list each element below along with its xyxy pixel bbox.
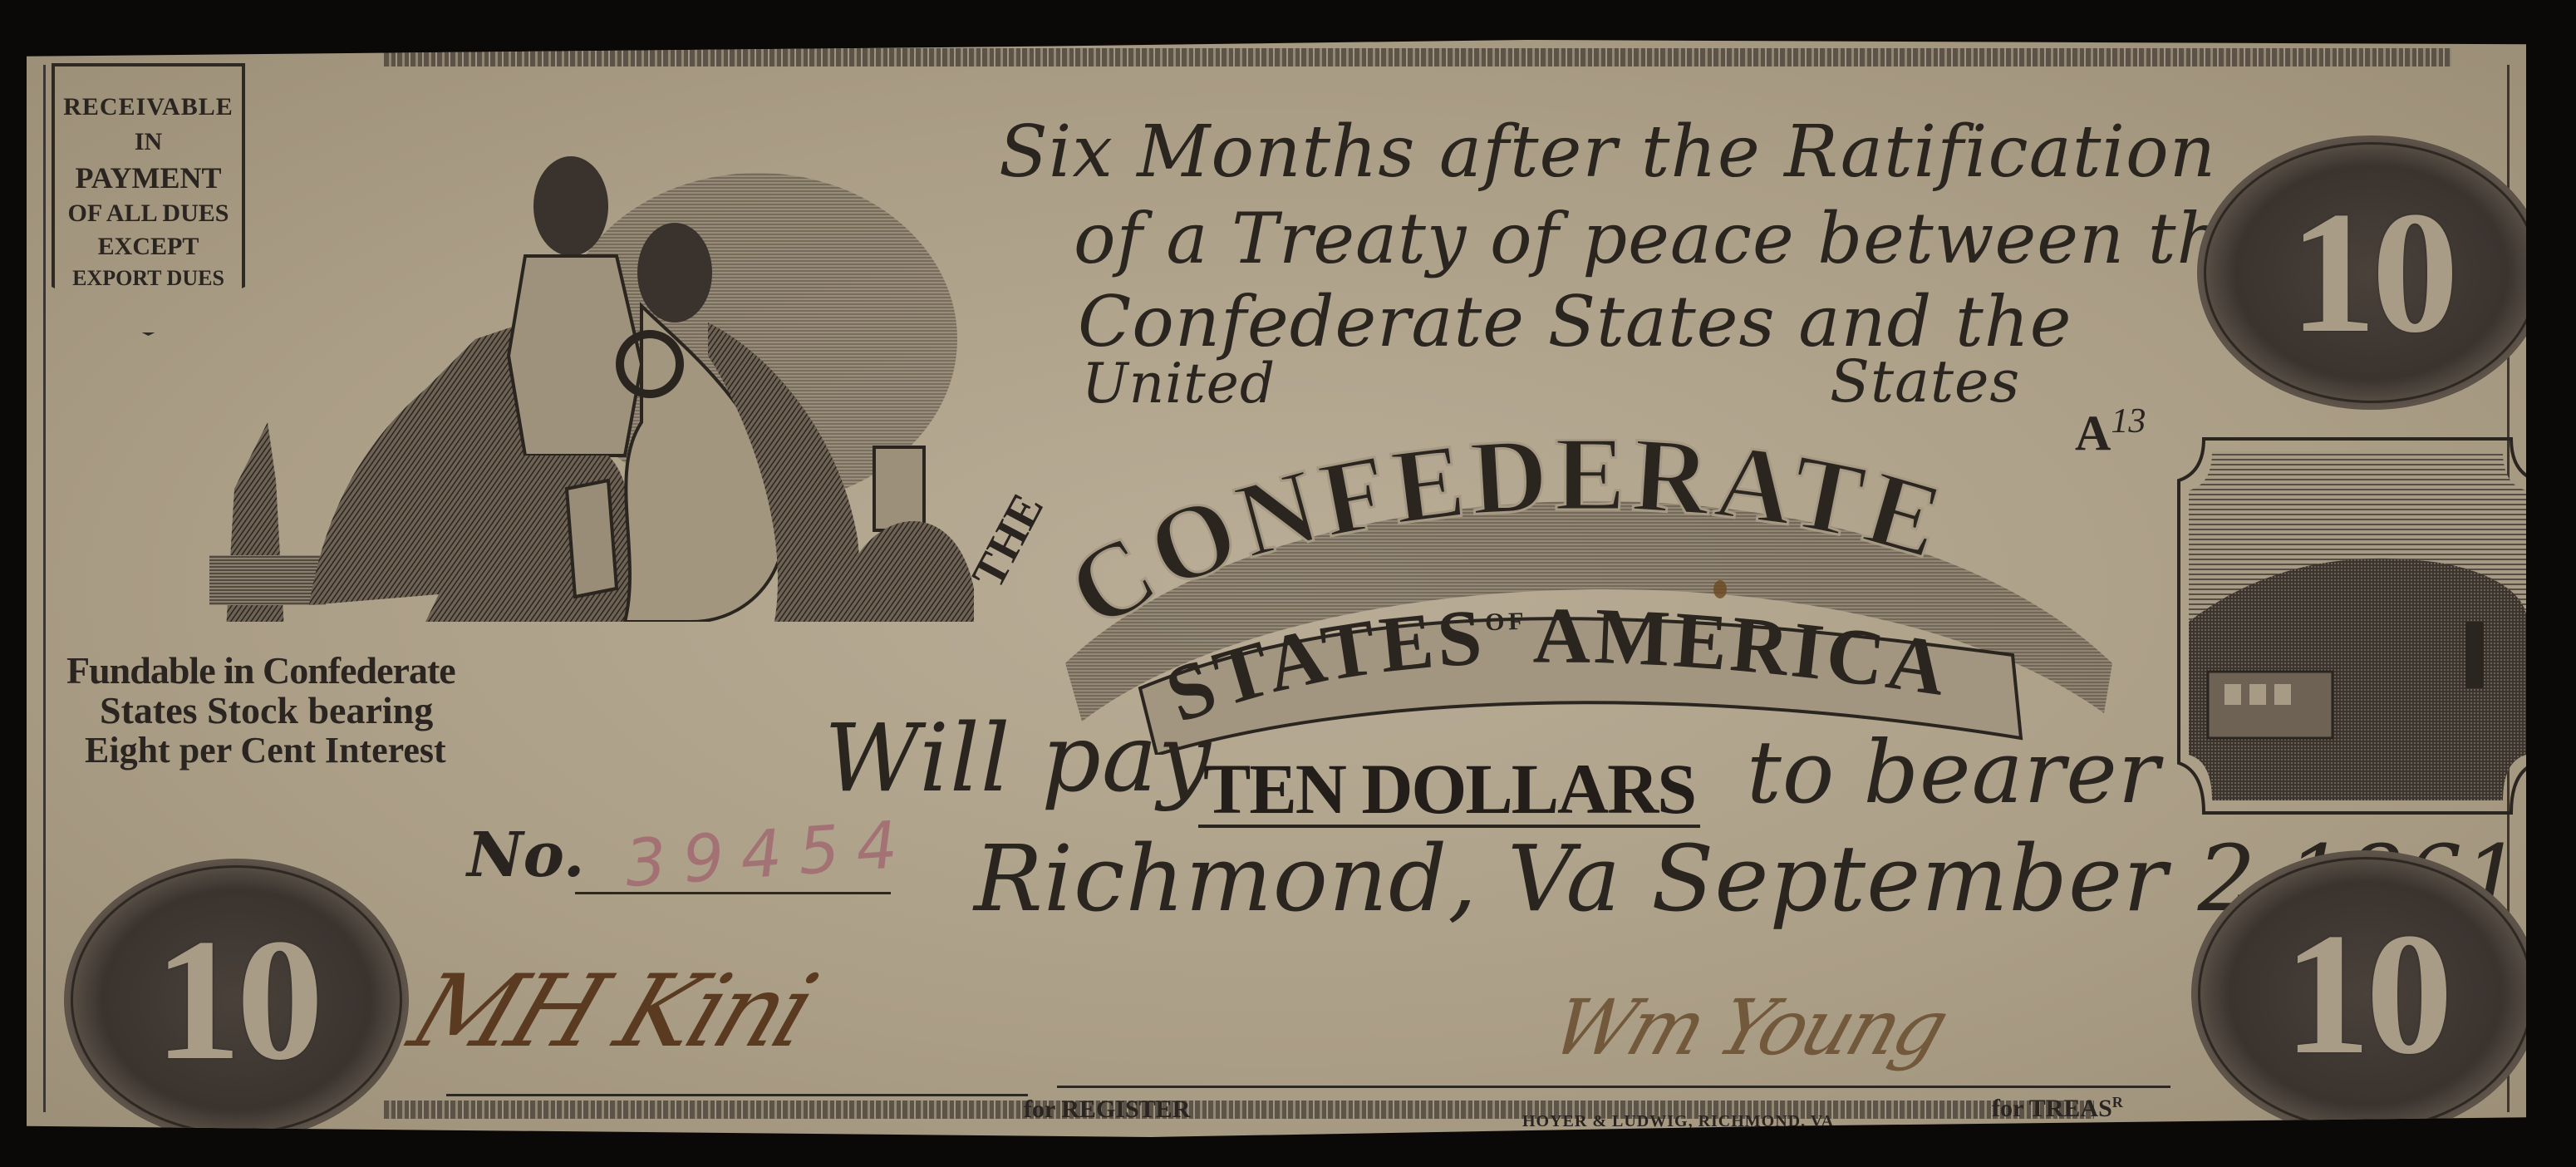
train-vignette (2170, 422, 2544, 830)
serial-label: No. (467, 820, 584, 891)
treasurer-signature-line (1057, 1086, 2170, 1088)
promise-line-1: Six Months after the Ratification (999, 111, 2216, 194)
states-word: States (1830, 347, 2020, 416)
medallion-ring (2198, 857, 2534, 1130)
banknote: RECEIVABLE IN PAYMENT OF ALL DUES EXCEPT… (27, 40, 2526, 1137)
fundable-text-block: Fundable in Confederate States Stock bea… (60, 651, 575, 770)
register-signature-line (446, 1094, 1028, 1096)
ink-stain (1713, 580, 1727, 598)
medallion-ring (2204, 142, 2539, 403)
title-of: OF (1485, 608, 1527, 636)
register-signature: MH Kini (396, 954, 827, 1070)
denomination-medallion-bottom-left: 10 (64, 859, 409, 1141)
fundable-line: States Stock bearing (100, 691, 575, 731)
promise-line-2: of a Treaty of peace between the (1074, 198, 2264, 279)
allegorical-figures-vignette (176, 90, 974, 622)
bottom-border-band (384, 1101, 2094, 1119)
fundable-line: Eight per Cent Interest (85, 731, 575, 770)
will-pay-text: Will pay (824, 705, 1212, 813)
serial-underline (575, 892, 891, 894)
for-treasurer-text: for TREAS (1992, 1095, 2112, 1122)
fundable-line: Fundable in Confederate (66, 651, 575, 691)
to-bearer-text: to bearer (1747, 721, 2161, 823)
united-word: United (1082, 352, 1276, 416)
for-treasurer-sup: R (2112, 1094, 2123, 1110)
serial-number: 39454 (622, 807, 917, 902)
treasurer-signature: Wm Young (1541, 983, 1956, 1072)
top-border-band (384, 48, 2451, 66)
for-register-label: for REGISTER (1024, 1096, 1190, 1124)
left-frame-line (43, 65, 46, 1112)
medallion-ring (71, 865, 402, 1135)
denomination-medallion-bottom-right: 10 (2191, 850, 2540, 1137)
amount-ten-dollars: TEN DOLLARS (1198, 753, 1700, 828)
printer-imprint: HOYER & LUDWIG, RICHMOND, VA (1522, 1112, 1834, 1131)
plate-number: 13 (2111, 402, 2146, 441)
denomination-medallion-top-right: 10 (2197, 135, 2546, 410)
for-treasurer-label: for TREASR (1992, 1094, 2123, 1123)
